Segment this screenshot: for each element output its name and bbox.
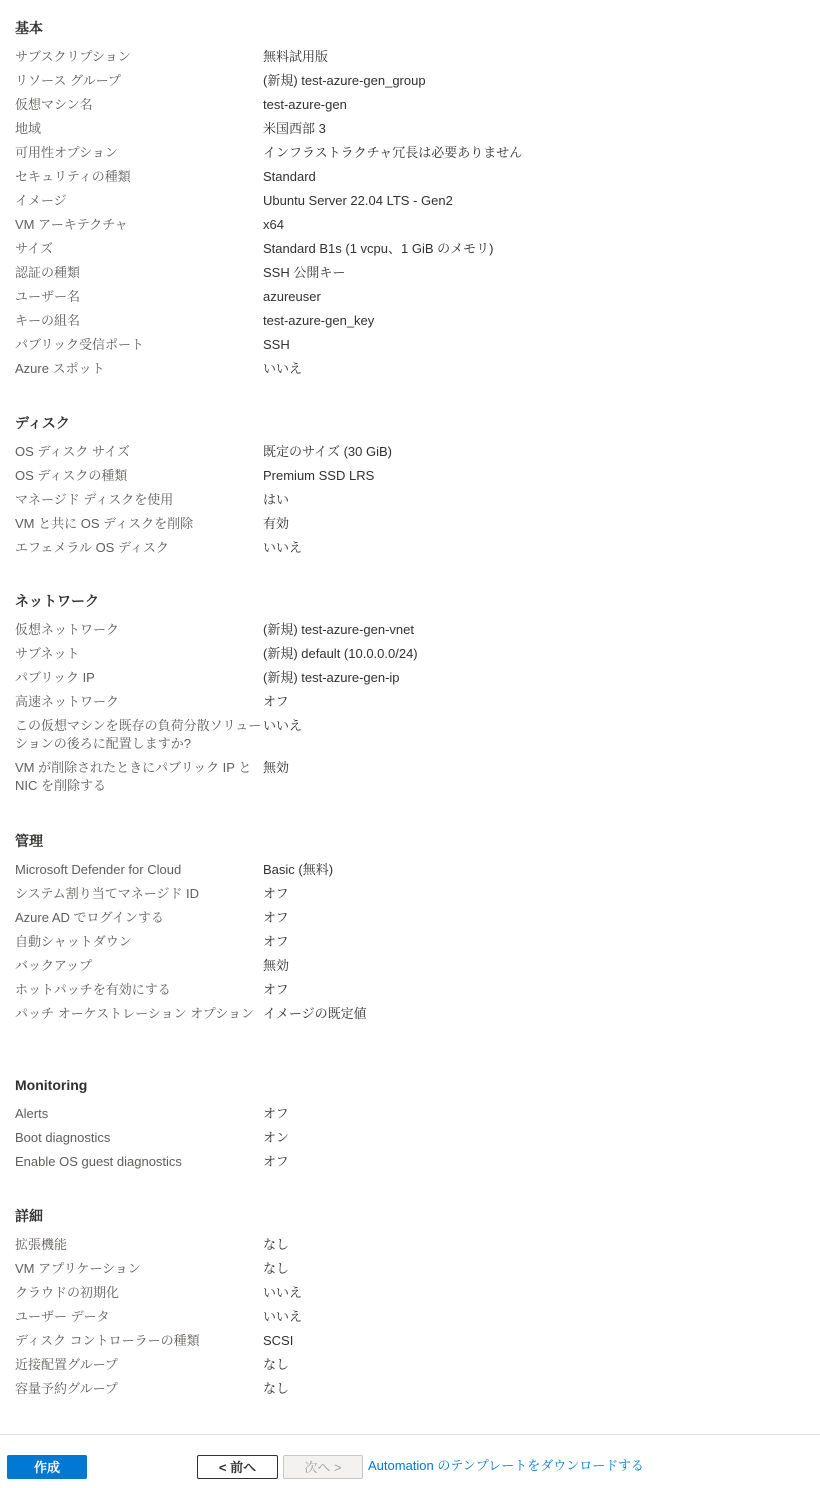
- summary-row: Enable OS guest diagnosticsオフ: [15, 1153, 805, 1171]
- summary-row: 仮想マシン名test-azure-gen: [15, 96, 805, 114]
- summary-row: OS ディスクの種類Premium SSD LRS: [15, 467, 805, 485]
- row-value: 米国西部 3: [263, 120, 805, 138]
- summary-row: 仮想ネットワーク(新規) test-azure-gen-vnet: [15, 621, 805, 639]
- row-value: Premium SSD LRS: [263, 467, 805, 485]
- row-value: オフ: [263, 1105, 805, 1123]
- section-title: ネットワーク: [15, 591, 805, 611]
- summary-row: 地域米国西部 3: [15, 120, 805, 138]
- section-disks: ディスク OS ディスク サイズ既定のサイズ (30 GiB) OS ディスクの…: [15, 413, 805, 563]
- row-value: オフ: [263, 693, 805, 711]
- row-value: Basic (無料): [263, 861, 805, 879]
- row-value: azureuser: [263, 288, 805, 306]
- section-management: 管理 Microsoft Defender for CloudBasic (無料…: [15, 831, 805, 1029]
- section-title: 基本: [15, 18, 805, 38]
- row-label: パブリック受信ポート: [15, 336, 263, 354]
- section-title: ディスク: [15, 413, 805, 433]
- summary-row: この仮想マシンを既存の負荷分散ソリューションの後ろに配置しますか?いいえ: [15, 717, 805, 753]
- next-button[interactable]: 次へ >: [283, 1455, 363, 1479]
- section-title: 管理: [15, 831, 805, 851]
- summary-row: 可用性オプションインフラストラクチャ冗長は必要ありません: [15, 144, 805, 162]
- row-value: x64: [263, 216, 805, 234]
- row-label: 自動シャットダウン: [15, 933, 263, 951]
- row-value: なし: [263, 1260, 805, 1278]
- row-value: (新規) test-azure-gen-ip: [263, 669, 805, 687]
- row-label: セキュリティの種類: [15, 168, 263, 186]
- row-value: なし: [263, 1236, 805, 1254]
- row-value: SSH 公開キー: [263, 264, 805, 282]
- summary-row: VM アプリケーションなし: [15, 1260, 805, 1278]
- summary-row: サブネット(新規) default (10.0.0.0/24): [15, 645, 805, 663]
- summary-row: 近接配置グループなし: [15, 1356, 805, 1374]
- row-label: 拡張機能: [15, 1236, 263, 1254]
- summary-row: Alertsオフ: [15, 1105, 805, 1123]
- summary-row: 高速ネットワークオフ: [15, 693, 805, 711]
- summary-row: 拡張機能なし: [15, 1236, 805, 1254]
- row-value: (新規) default (10.0.0.0/24): [263, 645, 805, 663]
- summary-row: バックアップ無効: [15, 957, 805, 975]
- row-label: サブネット: [15, 645, 263, 663]
- section-title: 詳細: [15, 1206, 805, 1226]
- row-value: (新規) test-azure-gen_group: [263, 72, 805, 90]
- row-label: イメージ: [15, 192, 263, 210]
- row-value: 無料試用版: [263, 48, 805, 66]
- summary-row: セキュリティの種類Standard: [15, 168, 805, 186]
- row-value: オフ: [263, 933, 805, 951]
- summary-row: クラウドの初期化いいえ: [15, 1284, 805, 1302]
- row-label: 近接配置グループ: [15, 1356, 263, 1374]
- section-monitoring: Monitoring Alertsオフ Boot diagnosticsオン E…: [15, 1075, 805, 1177]
- row-label: Alerts: [15, 1105, 263, 1123]
- row-value: オン: [263, 1129, 805, 1147]
- row-label: Enable OS guest diagnostics: [15, 1153, 263, 1171]
- section-title: Monitoring: [15, 1075, 805, 1095]
- summary-row: 認証の種類SSH 公開キー: [15, 264, 805, 282]
- summary-row: エフェメラル OS ディスクいいえ: [15, 539, 805, 557]
- previous-button[interactable]: < 前へ: [197, 1455, 278, 1479]
- row-value: 有効: [263, 515, 805, 533]
- row-value: いいえ: [263, 360, 805, 378]
- row-value: Standard B1s (1 vcpu、1 GiB のメモリ): [263, 240, 805, 258]
- summary-row: VM が削除されたときにパブリック IP と NIC を削除する無効: [15, 759, 805, 795]
- row-value: (新規) test-azure-gen-vnet: [263, 621, 805, 639]
- row-value: はい: [263, 491, 805, 509]
- row-value: イメージの既定値: [263, 1005, 805, 1023]
- row-value: Ubuntu Server 22.04 LTS - Gen2: [263, 192, 805, 210]
- row-value: 既定のサイズ (30 GiB): [263, 443, 805, 461]
- row-label: Microsoft Defender for Cloud: [15, 861, 263, 879]
- row-label: 地域: [15, 120, 263, 138]
- row-value: 無効: [263, 759, 805, 777]
- row-label: エフェメラル OS ディスク: [15, 539, 263, 557]
- row-label: VM アプリケーション: [15, 1260, 263, 1278]
- row-value: SCSI: [263, 1332, 805, 1350]
- summary-row: サブスクリプション無料試用版: [15, 48, 805, 66]
- summary-row: Azure AD でログインするオフ: [15, 909, 805, 927]
- row-label: Azure AD でログインする: [15, 909, 263, 927]
- row-label: VM と共に OS ディスクを削除: [15, 515, 263, 533]
- row-value: test-azure-gen_key: [263, 312, 805, 330]
- summary-row: イメージUbuntu Server 22.04 LTS - Gen2: [15, 192, 805, 210]
- summary-row: キーの組名test-azure-gen_key: [15, 312, 805, 330]
- row-label: ユーザー名: [15, 288, 263, 306]
- summary-row: Microsoft Defender for CloudBasic (無料): [15, 861, 805, 879]
- row-value: オフ: [263, 1153, 805, 1171]
- row-label: クラウドの初期化: [15, 1284, 263, 1302]
- summary-row: OS ディスク サイズ既定のサイズ (30 GiB): [15, 443, 805, 461]
- row-label: この仮想マシンを既存の負荷分散ソリューションの後ろに配置しますか?: [15, 717, 263, 753]
- row-value: test-azure-gen: [263, 96, 805, 114]
- row-label: システム割り当てマネージド ID: [15, 885, 263, 903]
- row-label: サブスクリプション: [15, 48, 263, 66]
- create-button[interactable]: 作成: [7, 1455, 87, 1479]
- row-value: なし: [263, 1380, 805, 1398]
- row-value: なし: [263, 1356, 805, 1374]
- row-label: 仮想ネットワーク: [15, 621, 263, 639]
- section-advanced: 詳細 拡張機能なし VM アプリケーションなし クラウドの初期化いいえ ユーザー…: [15, 1206, 805, 1404]
- summary-row: パブリック IP(新規) test-azure-gen-ip: [15, 669, 805, 687]
- row-label: VM アーキテクチャ: [15, 216, 263, 234]
- row-label: VM が削除されたときにパブリック IP と NIC を削除する: [15, 759, 263, 795]
- row-label: バックアップ: [15, 957, 263, 975]
- row-value: Standard: [263, 168, 805, 186]
- row-label: パッチ オーケストレーション オプション: [15, 1005, 263, 1023]
- row-label: マネージド ディスクを使用: [15, 491, 263, 509]
- summary-row: VM と共に OS ディスクを削除有効: [15, 515, 805, 533]
- row-label: ユーザー データ: [15, 1308, 263, 1326]
- summary-row: マネージド ディスクを使用はい: [15, 491, 805, 509]
- section-networking: ネットワーク 仮想ネットワーク(新規) test-azure-gen-vnet …: [15, 591, 805, 801]
- section-basics: 基本 サブスクリプション無料試用版 リソース グループ(新規) test-azu…: [15, 18, 805, 384]
- row-label: サイズ: [15, 240, 263, 258]
- row-label: Azure スポット: [15, 360, 263, 378]
- summary-row: サイズStandard B1s (1 vcpu、1 GiB のメモリ): [15, 240, 805, 258]
- row-label: 仮想マシン名: [15, 96, 263, 114]
- summary-row: ユーザー名azureuser: [15, 288, 805, 306]
- row-value: 無効: [263, 957, 805, 975]
- row-label: ディスク コントローラーの種類: [15, 1332, 263, 1350]
- row-value: いいえ: [263, 717, 805, 735]
- row-value: いいえ: [263, 1308, 805, 1326]
- row-label: Boot diagnostics: [15, 1129, 263, 1147]
- row-label: キーの組名: [15, 312, 263, 330]
- row-label: リソース グループ: [15, 72, 263, 90]
- row-value: オフ: [263, 981, 805, 999]
- row-value: SSH: [263, 336, 805, 354]
- row-value: オフ: [263, 885, 805, 903]
- footer-divider: [0, 1434, 820, 1435]
- row-label: 可用性オプション: [15, 144, 263, 162]
- download-template-link[interactable]: Automation のテンプレートをダウンロードする: [368, 1455, 644, 1477]
- row-value: インフラストラクチャ冗長は必要ありません: [263, 144, 805, 162]
- row-label: OS ディスク サイズ: [15, 443, 263, 461]
- summary-row: 容量予約グループなし: [15, 1380, 805, 1398]
- row-label: パブリック IP: [15, 669, 263, 687]
- row-value: オフ: [263, 909, 805, 927]
- summary-row: ディスク コントローラーの種類SCSI: [15, 1332, 805, 1350]
- row-value: いいえ: [263, 1284, 805, 1302]
- summary-row: ホットパッチを有効にするオフ: [15, 981, 805, 999]
- summary-row: ユーザー データいいえ: [15, 1308, 805, 1326]
- summary-row: Azure スポットいいえ: [15, 360, 805, 378]
- summary-row: Boot diagnosticsオン: [15, 1129, 805, 1147]
- summary-row: システム割り当てマネージド IDオフ: [15, 885, 805, 903]
- summary-row: 自動シャットダウンオフ: [15, 933, 805, 951]
- row-label: 高速ネットワーク: [15, 693, 263, 711]
- summary-row: パッチ オーケストレーション オプションイメージの既定値: [15, 1005, 805, 1023]
- row-value: いいえ: [263, 539, 805, 557]
- summary-row: リソース グループ(新規) test-azure-gen_group: [15, 72, 805, 90]
- row-label: OS ディスクの種類: [15, 467, 263, 485]
- summary-row: パブリック受信ポートSSH: [15, 336, 805, 354]
- row-label: 認証の種類: [15, 264, 263, 282]
- row-label: ホットパッチを有効にする: [15, 981, 263, 999]
- row-label: 容量予約グループ: [15, 1380, 263, 1398]
- summary-row: VM アーキテクチャx64: [15, 216, 805, 234]
